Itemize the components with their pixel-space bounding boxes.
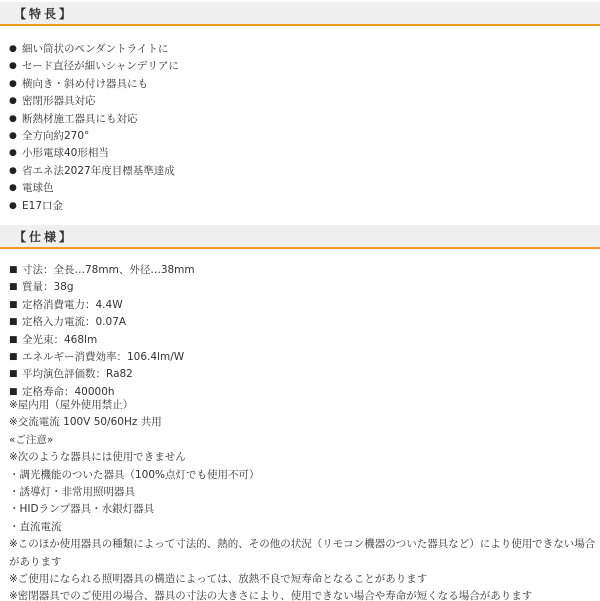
bullet-circle-icon: ●	[9, 111, 17, 128]
specs-title: 【仕様】	[14, 228, 74, 245]
note-line: ※密閉器具でのご使用の場合、器具の寸法の大きさにより、使用できない場合や寿命が短…	[9, 588, 600, 601]
list-item: ●全方向約270°	[0, 128, 600, 145]
list-item: ●断熱材施工器具にも対応	[0, 111, 600, 128]
list-item: ●密閉形器具対応	[0, 93, 600, 110]
specs-list: ■寸法：全長…78mm、外径…38mm ■質量：38g ■定格消費電力：4.4W…	[0, 262, 600, 401]
bullet-square-icon: ■	[9, 332, 18, 349]
bullet-circle-icon: ●	[9, 198, 17, 215]
list-item: ●省エネ法2027年度目標基準達成	[0, 163, 600, 180]
list-item: ●セード直径が細いシャンデリアに	[0, 58, 600, 75]
bullet-square-icon: ■	[9, 314, 18, 331]
note-line: ・調光機能のついた器具（100%点灯でも使用不可）	[9, 467, 600, 484]
bullet-circle-icon: ●	[9, 41, 17, 58]
bullet-circle-icon: ●	[9, 76, 17, 93]
bullet-circle-icon: ●	[9, 180, 17, 197]
bullet-circle-icon: ●	[9, 93, 17, 110]
note-line: ・HIDランプ器具・水銀灯器具	[9, 501, 600, 518]
bullet-circle-icon: ●	[9, 145, 17, 162]
list-item: ■定格消費電力：4.4W	[0, 297, 600, 314]
list-item: ■寸法：全長…78mm、外径…38mm	[0, 262, 600, 279]
bullet-circle-icon: ●	[9, 163, 17, 180]
list-item: ■エネルギー消費効率：106.4lm/W	[0, 349, 600, 366]
bullet-circle-icon: ●	[9, 58, 17, 75]
list-item: ●細い筒状のペンダントライトに	[0, 41, 600, 58]
list-item: ■定格入力電流：0.07A	[0, 314, 600, 331]
list-item: ■全光束：468lm	[0, 332, 600, 349]
bullet-square-icon: ■	[9, 297, 18, 314]
list-item: ●電球色	[0, 180, 600, 197]
note-line: ※交流電流 100V 50/60Hz 共用	[9, 414, 600, 431]
notes-block: ※屋内用（屋外使用禁止） ※交流電流 100V 50/60Hz 共用 «ご注意»…	[9, 397, 600, 601]
note-line: ・直流電流	[9, 519, 600, 536]
note-line: ・誘導灯・非常用照明器具	[9, 484, 600, 501]
note-line: があります	[9, 554, 600, 571]
features-list: ●細い筒状のペンダントライトに ●セード直径が細いシャンデリアに ●横向き・斜め…	[0, 41, 600, 215]
bullet-circle-icon: ●	[9, 128, 17, 145]
note-line: ※ご使用になられる照明器具の構造によっては、放熱不良で短寿命となることがあります	[9, 571, 600, 588]
list-item: ●E17口金	[0, 198, 600, 215]
list-item: ■平均演色評価数：Ra82	[0, 366, 600, 383]
note-line: ※次のような器具には使用できません	[9, 449, 600, 466]
bullet-square-icon: ■	[9, 349, 18, 366]
note-line: «ご注意»	[9, 432, 600, 449]
list-item: ●小形電球40形相当	[0, 145, 600, 162]
bullet-square-icon: ■	[9, 262, 18, 279]
list-item: ■質量：38g	[0, 279, 600, 296]
specs-header: 【仕様】	[0, 225, 600, 249]
features-header: 【特長】	[0, 2, 600, 26]
note-line: ※このほか使用器具の種類によって寸法的、熱的、その他の状況（リモコン機器のついた…	[9, 536, 600, 553]
bullet-square-icon: ■	[9, 279, 18, 296]
note-line: ※屋内用（屋外使用禁止）	[9, 397, 600, 414]
bullet-square-icon: ■	[9, 366, 18, 383]
features-title: 【特長】	[14, 5, 74, 22]
list-item: ●横向き・斜め付け器具にも	[0, 76, 600, 93]
